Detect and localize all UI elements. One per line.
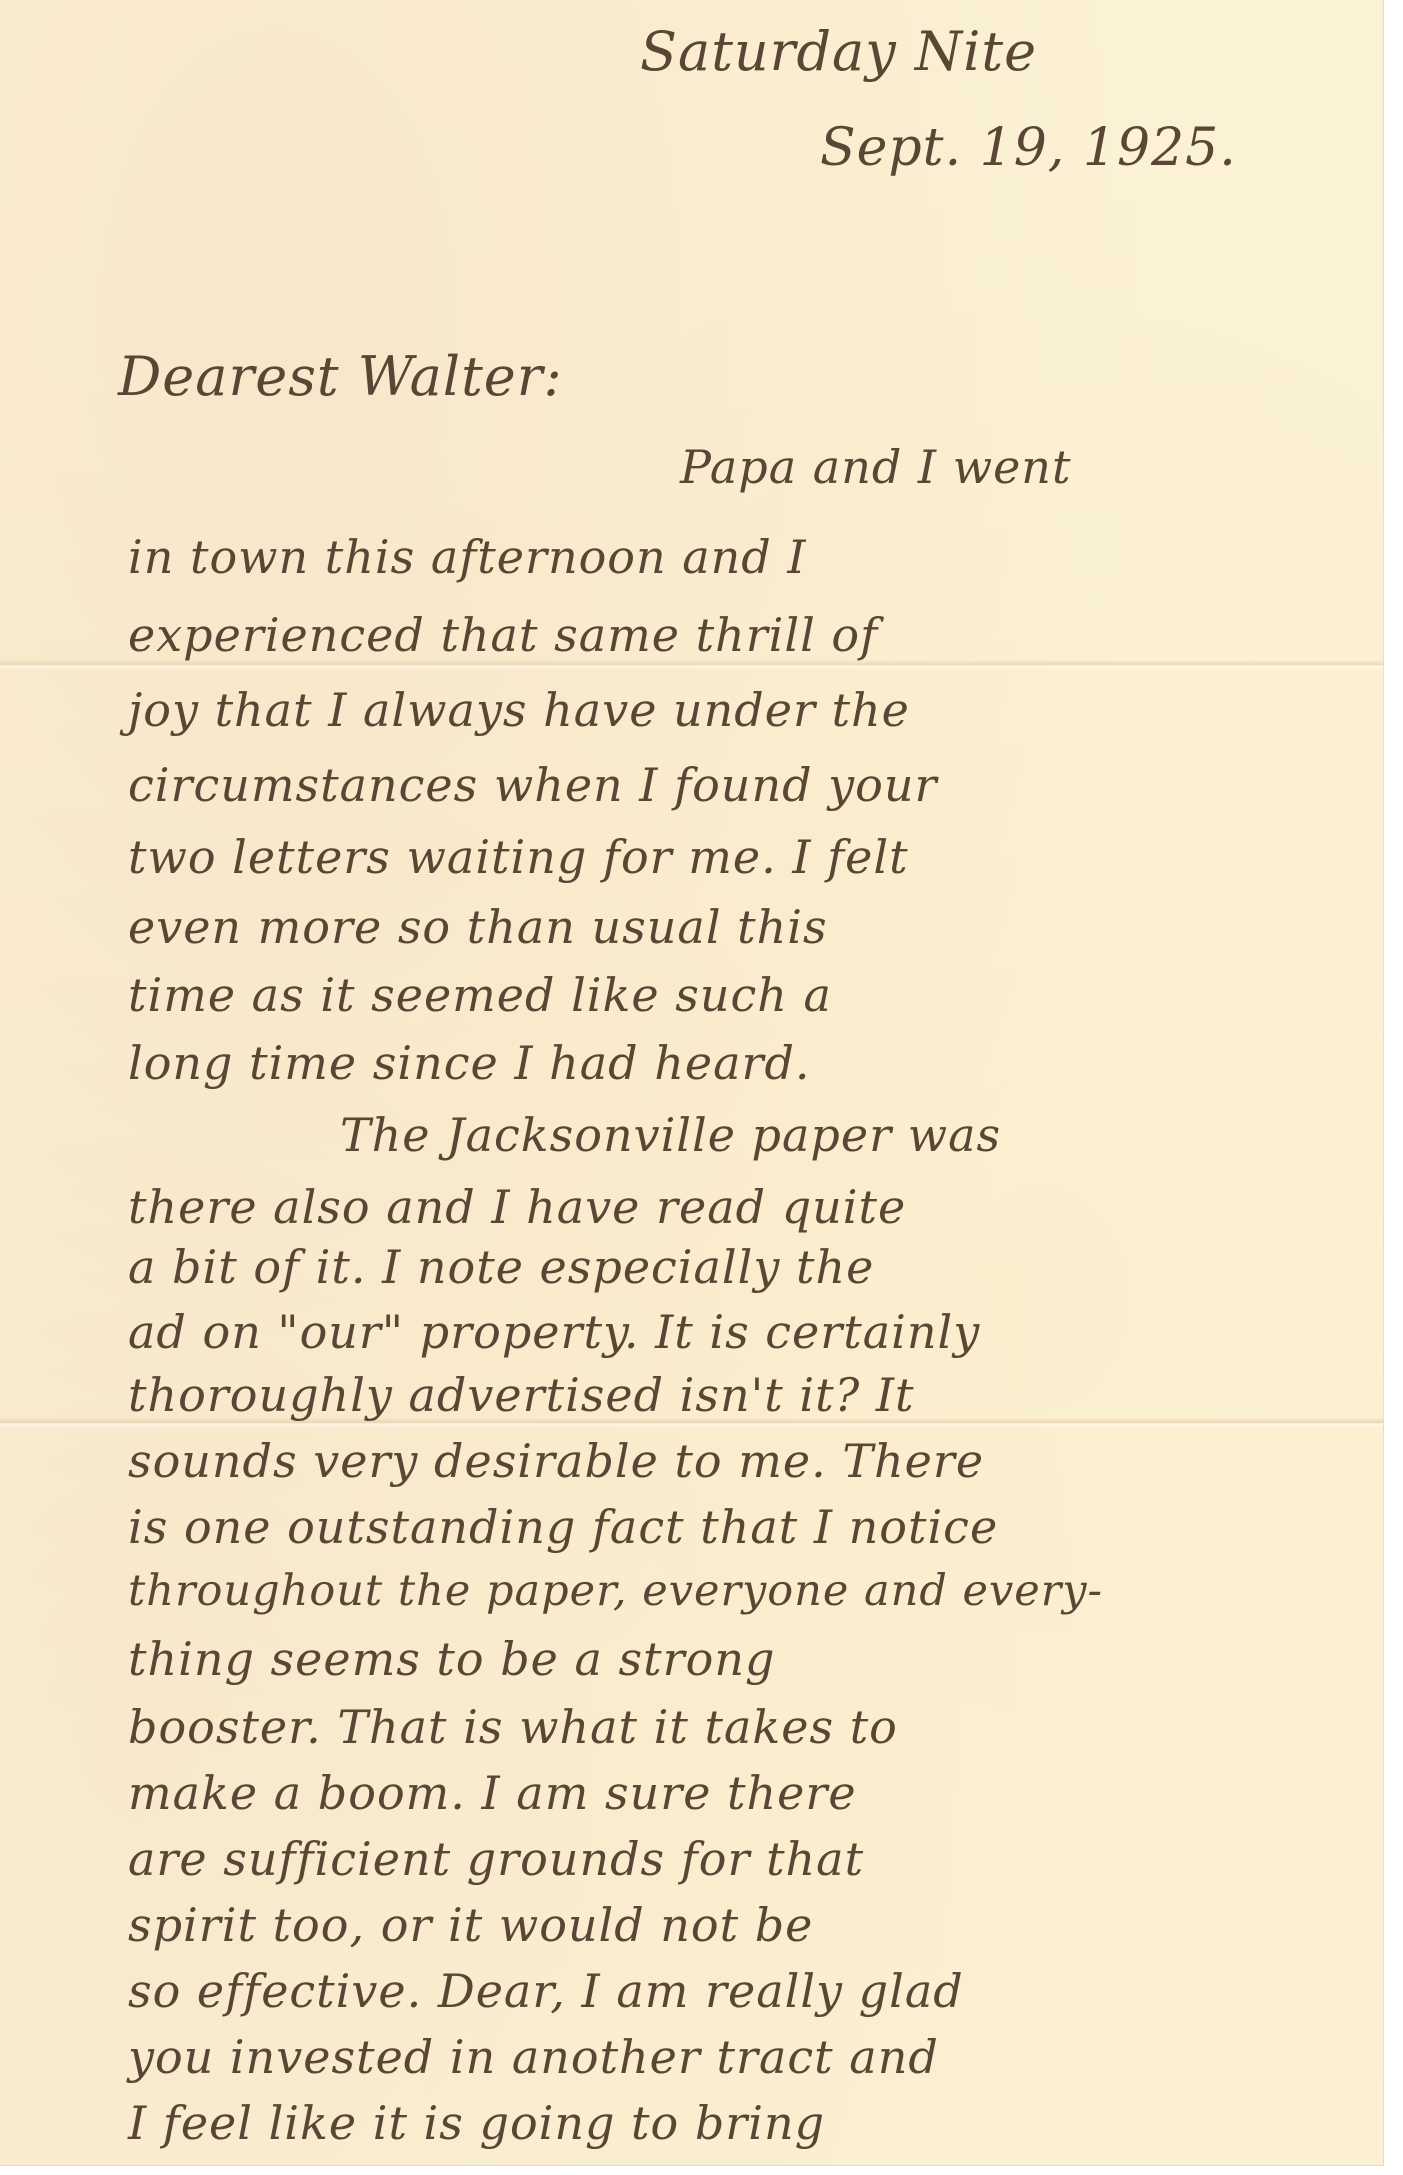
letter-line: booster. That is what it takes to [128,1700,898,1754]
letter-line: spirit too, or it would not be [128,1898,813,1952]
letter-line: Papa and I went [680,440,1071,494]
letter-line: are sufficient grounds for that [128,1832,864,1886]
letter-line: joy that I always have under the [128,683,910,737]
letter-line: so effective. Dear, I am really glad [128,1964,964,2018]
letter-line: circumstances when I found your [128,758,937,812]
letter-line: throughout the paper, everyone and every… [128,1566,1103,1616]
letter-line: thoroughly advertised isn't it? It [128,1368,915,1422]
letter-line: is one outstanding fact that I notice [128,1500,998,1554]
dateline-day: Saturday Nite [640,20,1037,83]
letter-line: experienced that same thrill of [128,608,878,662]
letter-line: there also and I have read quite [128,1180,906,1234]
letter-line: ad on "our" property. It is certainly [128,1305,980,1359]
letter-line: two letters waiting for me. I felt [128,830,909,884]
letter-line: even more so than usual this [128,900,828,954]
letter-line: The Jacksonville paper was [340,1108,1001,1162]
letter-line: time as it seemed like such a [128,968,832,1022]
letter-line: I feel like it is going to bring [128,2096,825,2150]
letter-line: sounds very desirable to me. There [128,1434,984,1488]
letter-line: you invested in another tract and [128,2030,939,2084]
letter-line: in town this afternoon and I [128,530,807,584]
letter-line: make a boom. I am sure there [128,1766,857,1820]
letter-page: Saturday Nite Sept. 19, 1925. Dearest Wa… [0,0,1384,2166]
dateline-date: Sept. 19, 1925. [820,118,1237,178]
salutation: Dearest Walter: [118,345,563,408]
letter-line: thing seems to be a strong [128,1632,775,1686]
letter-line: long time since I had heard. [128,1036,811,1090]
letter-line: a bit of it. I note especially the [128,1240,874,1294]
